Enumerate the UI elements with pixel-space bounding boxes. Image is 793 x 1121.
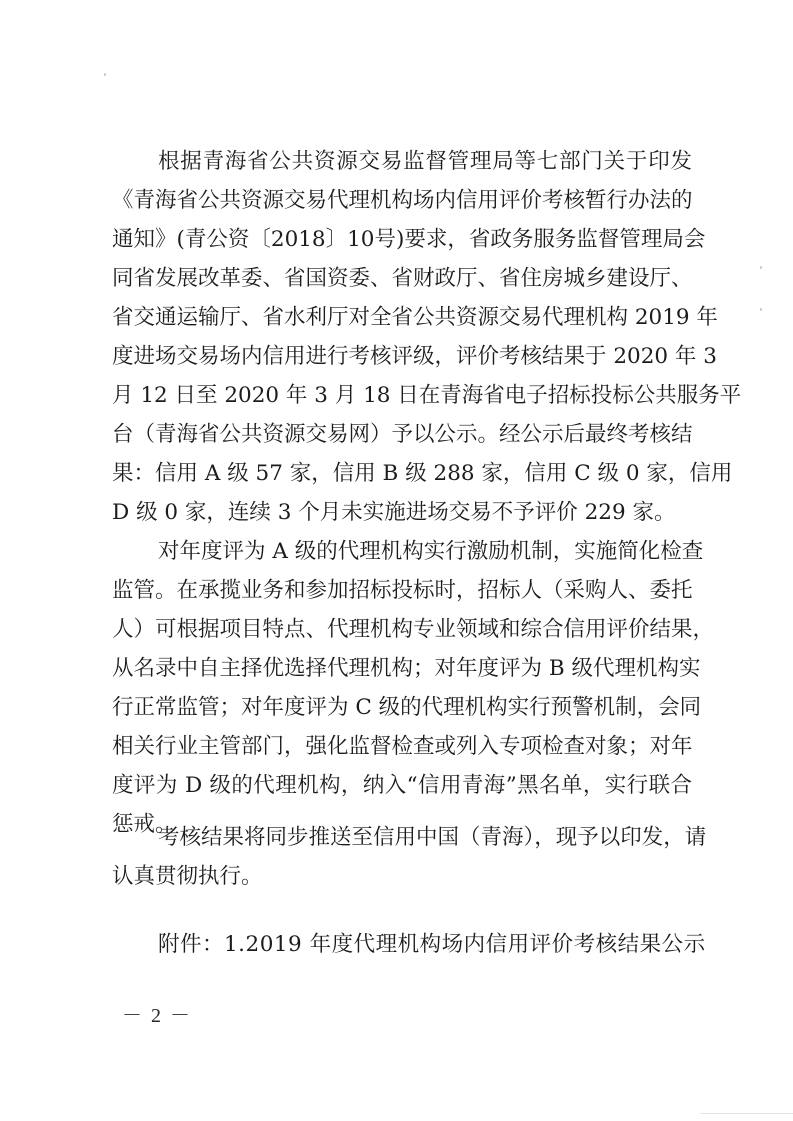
- paragraph-2-line-4: 从名录中自主择优选择代理机构；对年度评为 B 级代理机构实: [112, 654, 692, 684]
- paragraph-1-line-7: 月 12 日至 2020 年 3 月 18 日在青海省电子招标投标公共服务平: [112, 381, 692, 411]
- scan-edge-line: [700, 1113, 793, 1114]
- paragraph-1-line-6: 度进场交易场内信用进行考核评级，评价考核结果于 2020 年 3: [112, 342, 692, 372]
- scan-speck: [760, 266, 762, 269]
- scan-speck: [760, 308, 762, 311]
- paragraph-1-line-8: 台（青海省公共资源交易网）予以公示。经公示后最终考核结: [112, 420, 692, 450]
- paragraph-2-line-6: 相关行业主管部门，强化监督检查或列入专项检查对象；对年: [112, 732, 692, 762]
- paragraph-1-line-2: 《青海省公共资源交易代理机构场内信用评价考核暂行办法的: [112, 186, 692, 216]
- paragraph-2-line-3: 人）可根据项目特点、代理机构专业领域和综合信用评价结果，: [112, 615, 692, 645]
- attachment-line: 附件：1.2019 年度代理机构场内信用评价考核结果公示: [158, 930, 706, 960]
- paragraph-1-line-10: D 级 0 家，连续 3 个月未实施进场交易不予评价 229 家。: [112, 498, 692, 528]
- document-page: 根据青海省公共资源交易监督管理局等七部门关于印发 《青海省公共资源交易代理机构场…: [0, 0, 793, 1121]
- paragraph-1-line-9: 果：信用 A 级 57 家，信用 B 级 288 家，信用 C 级 0 家，信用: [112, 459, 692, 489]
- page-number: － 2 －: [122, 1004, 192, 1028]
- paragraph-2-line-5: 行正常监管；对年度评为 C 级的代理机构实行预警机制，会同: [112, 693, 692, 723]
- paragraph-3-line-1: 考核结果将同步推送至信用中国（青海），现予以印发，请: [158, 823, 692, 853]
- paragraph-2-line-1: 对年度评为 A 级的代理机构实行激励机制，实施简化检查: [158, 537, 692, 567]
- paragraph-2-line-2: 监管。在承揽业务和参加招标投标时，招标人（采购人、委托: [112, 576, 692, 606]
- paragraph-1-line-4: 同省发展改革委、省国资委、省财政厅、省住房城乡建设厅、: [112, 264, 692, 294]
- paragraph-2-line-7: 度评为 D 级的代理机构，纳入“信用青海”黑名单，实行联合: [112, 771, 692, 801]
- paragraph-1-line-5: 省交通运输厅、省水利厅对全省公共资源交易代理机构 2019 年: [112, 303, 692, 333]
- paragraph-1-line-1: 根据青海省公共资源交易监督管理局等七部门关于印发: [158, 147, 692, 177]
- paragraph-1-line-3: 通知》(青公资〔2018〕10号)要求，省政务服务监督管理局会: [112, 225, 692, 255]
- scan-speck: [104, 73, 106, 76]
- paragraph-3-line-2: 认真贯彻执行。: [112, 862, 692, 892]
